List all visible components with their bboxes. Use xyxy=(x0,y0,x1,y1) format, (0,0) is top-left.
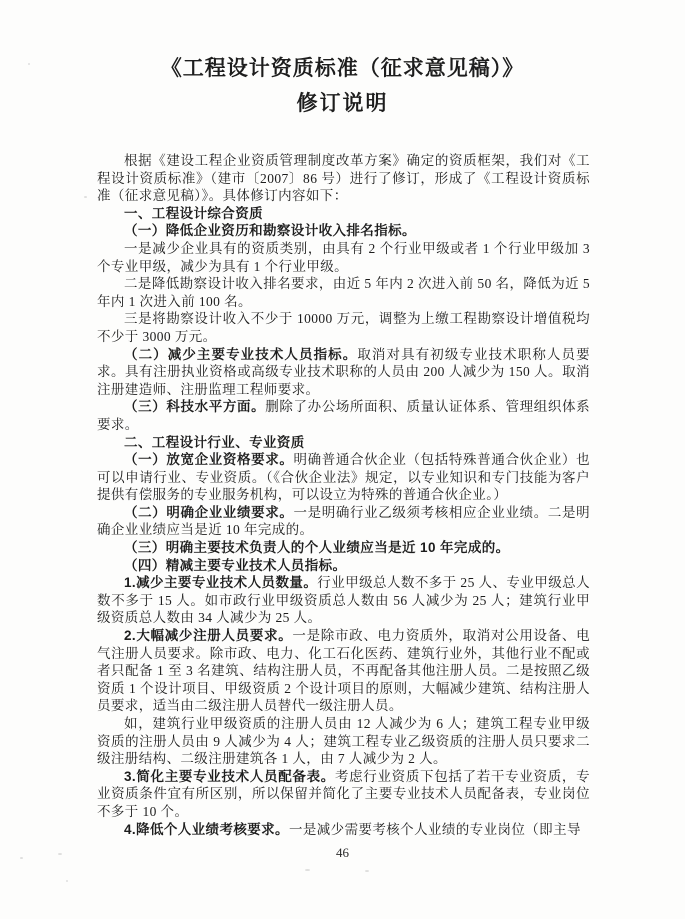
paragraph-run: 如，建筑行业甲级资质的注册人员由 12 人减少为 6 人；建筑工程专业甲级资质的… xyxy=(97,716,590,766)
paragraph-run-bold: 2.大幅减少注册人员要求。 xyxy=(124,628,292,643)
item-2-2: （二）明确企业业绩要求。一是明确行业乙级须考核相应企业业绩。二是明确企业业绩应当… xyxy=(97,504,590,539)
paragraph-run: 二是降低勘察设计收入排名要求，由近 5 年内 2 次进入前 50 名，降低为近 … xyxy=(97,276,590,309)
paragraph-run-bold: 1.减少主要专业技术人员数量。 xyxy=(124,575,317,590)
item-2-4-heading: （四）精减主要专业技术人员指标。 xyxy=(97,557,590,575)
paragraph-run-bold: （三）明确主要技术负责人的个人业绩应当是近 10 年完成的。 xyxy=(124,540,510,555)
item-2-1: （一）放宽企业资格要求。明确普通合伙企业（包括特殊普通合伙企业）也可以申请行业、… xyxy=(97,451,590,504)
paragraph-run: 三是将勘察设计收入不少于 10000 万元，调整为上缴工程勘察设计增值税均不少于… xyxy=(97,311,590,344)
paragraph-run: 一是减少企业具有的资质类别，由具有 2 个行业甲级或者 1 个行业甲级加 3 个… xyxy=(97,241,590,274)
scan-speck xyxy=(28,63,30,65)
item-2-4-sub-3: 3.简化主要专业技术人员配备表。考虑行业资质下包括了若干专业资质，专业资质条件宜… xyxy=(97,768,590,821)
paragraph-run-bold: （二）减少主要专业技术人员指标。 xyxy=(124,347,357,362)
scan-speck xyxy=(66,880,68,882)
paragraph-run-bold: （三）科技水平方面。 xyxy=(124,399,265,414)
item-1-1-heading: （一）降低企业资历和勘察设计收入排名指标。 xyxy=(97,222,590,240)
item-2-4-sub-2: 2.大幅减少注册人员要求。一是除市政、电力资质外，取消对公用设备、电气注册人员要… xyxy=(97,627,590,715)
item-2-3: （三）明确主要技术负责人的个人业绩应当是近 10 年完成的。 xyxy=(97,539,590,557)
item-1-1-point-1: 一是减少企业具有的资质类别，由具有 2 个行业甲级或者 1 个行业甲级加 3 个… xyxy=(97,240,590,275)
item-2-4-sub-2-example: 如，建筑行业甲级资质的注册人员由 12 人减少为 6 人；建筑工程专业甲级资质的… xyxy=(97,715,590,768)
paragraph-run-bold: 3.简化主要专业技术人员配备表。 xyxy=(124,769,335,784)
intro-paragraph: 根据《建设工程企业资质管理制度改革方案》确定的资质框架，我们对《工程设计资质标准… xyxy=(97,152,590,205)
title-line-2: 修订说明 xyxy=(0,90,685,116)
item-1-1-point-2: 二是降低勘察设计收入排名要求，由近 5 年内 2 次进入前 50 名，降低为近 … xyxy=(97,275,590,310)
paragraph-run-bold: 一、工程设计综合资质 xyxy=(124,206,263,221)
title-line-1: 《工程设计资质标准（征求意见稿）》 xyxy=(0,55,685,81)
item-2-4-sub-4: 4.降低个人业绩考核要求。一是减少需要考核个人业绩的专业岗位（即主导 xyxy=(97,821,590,839)
paragraph-run-bold: （一）降低企业资历和勘察设计收入排名指标。 xyxy=(124,223,416,238)
document-body: 根据《建设工程企业资质管理制度改革方案》确定的资质框架，我们对《工程设计资质标准… xyxy=(97,152,590,838)
paragraph-run-bold: 二、工程设计行业、专业资质 xyxy=(124,435,305,450)
paragraph-run-bold: 4.降低个人业绩考核要求。 xyxy=(124,822,289,837)
document-title: 《工程设计资质标准（征求意见稿）》 修订说明 xyxy=(0,55,685,116)
scan-speck xyxy=(58,853,62,855)
document-page: 《工程设计资质标准（征求意见稿）》 修订说明 根据《建设工程企业资质管理制度改革… xyxy=(0,0,685,919)
item-2-4-sub-1: 1.减少主要专业技术人员数量。行业甲级总人数不多于 25 人、专业甲级总人数不多… xyxy=(97,574,590,627)
section-2-heading: 二、工程设计行业、专业资质 xyxy=(97,434,590,452)
paragraph-run-bold: （一）放宽企业资格要求。 xyxy=(124,452,294,467)
scan-speck xyxy=(84,196,87,198)
paragraph-run-bold: （二）明确企业业绩要求。 xyxy=(124,505,294,520)
scan-speck xyxy=(20,857,23,859)
item-1-3: （三）科技水平方面。删除了办公场所面积、质量认证体系、管理组织体系要求。 xyxy=(97,398,590,433)
item-1-2: （二）减少主要专业技术人员指标。取消对具有初级专业技术职称人员要求。具有注册执业… xyxy=(97,346,590,399)
paragraph-run: 根据《建设工程企业资质管理制度改革方案》确定的资质框架，我们对《工程设计资质标准… xyxy=(97,153,590,203)
scan-speck xyxy=(365,870,369,872)
paragraph-run: 一是减少需要考核个人业绩的专业岗位（即主导 xyxy=(289,822,581,837)
item-1-1-point-3: 三是将勘察设计收入不少于 10000 万元，调整为上缴工程勘察设计增值税均不少于… xyxy=(97,310,590,345)
section-1-heading: 一、工程设计综合资质 xyxy=(97,205,590,223)
page-number: 46 xyxy=(0,845,685,861)
paragraph-run-bold: （四）精减主要专业技术人员指标。 xyxy=(124,558,346,573)
scan-speck xyxy=(305,869,310,871)
